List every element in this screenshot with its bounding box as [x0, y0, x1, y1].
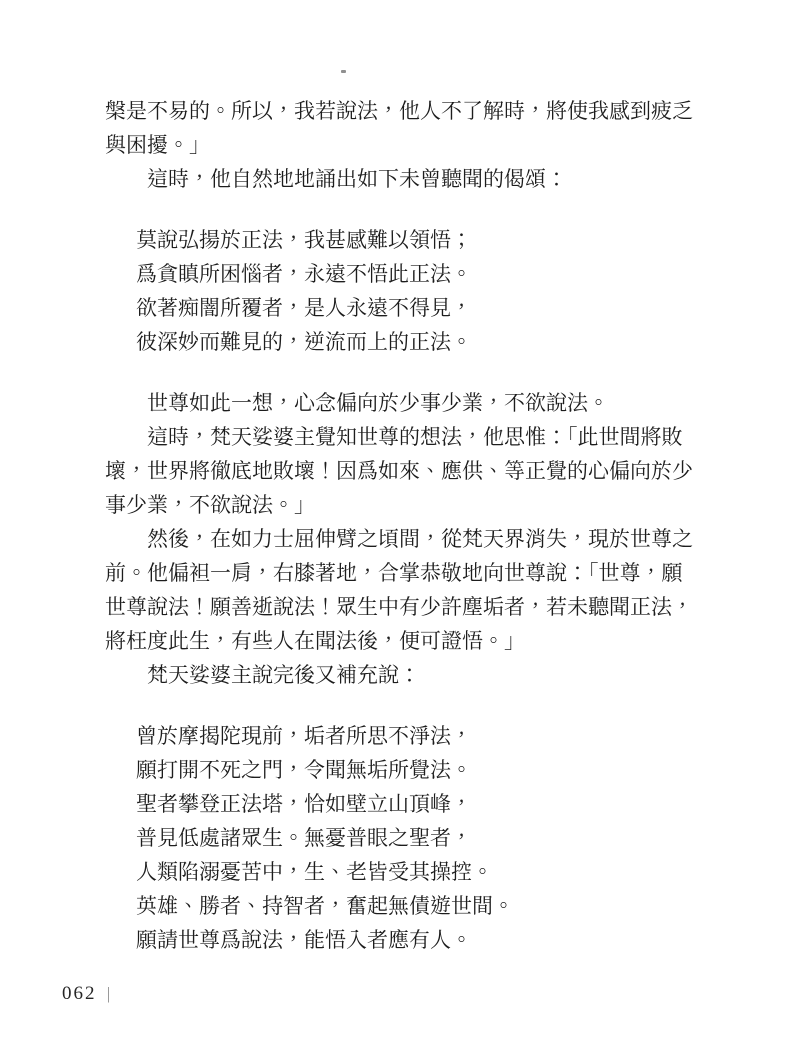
text-line: 世尊說法！願善逝說法！眾生中有少許塵垢者，若未聽聞正法，: [105, 590, 705, 624]
text-line: 然後，在如力士屈伸臂之頃間，從梵天界消失，現於世尊之: [105, 522, 705, 556]
text-line: 曾於摩揭陀現前，垢者所思不淨法，: [105, 719, 705, 753]
text-line: 爲貪瞋所困惱者，永遠不悟此正法。: [105, 257, 705, 291]
text-line: 世尊如此一想，心念偏向於少事少業，不欲說法。: [105, 386, 705, 420]
page-number: 062: [62, 983, 97, 1005]
text-line: 英雄、勝者、持智者，奮起無債遊世間。: [105, 889, 705, 923]
text-line: 事少業，不欲說法。」: [105, 488, 705, 522]
text-line: 前。他偏袒一肩，右膝著地，合掌恭敬地向世尊說：「世尊，願: [105, 556, 705, 590]
text-line: 聖者攀登正法塔，恰如壁立山頂峰，: [105, 787, 705, 821]
text-line: 願打開不死之門，令聞無垢所覺法。: [105, 753, 705, 787]
page-number-separator: |: [107, 984, 109, 1004]
page-footer: 062 |: [62, 982, 110, 1006]
text-line: 這時，梵天娑婆主覺知世尊的想法，他思惟：「此世間將敗: [105, 420, 705, 454]
text-line: 將枉度此生，有些人在聞法後，便可證悟。」: [105, 624, 705, 658]
text-line: 莫說弘揚於正法，我甚感難以領悟；: [105, 223, 705, 257]
text-line: 槃是不易的。所以，我若說法，他人不了解時，將使我感到疲乏: [105, 94, 705, 128]
text-line: 這時，他自然地地誦出如下未曾聽聞的偈頌：: [105, 162, 705, 196]
text-line: 願請世尊爲說法，能悟入者應有人。: [105, 923, 705, 957]
text-line: 壞，世界將徹底地敗壞！因爲如來、應供、等正覺的心偏向於少: [105, 454, 705, 488]
section-gap: [105, 196, 705, 223]
text-line: 與困擾。」: [105, 128, 705, 162]
section-gap: [105, 359, 705, 386]
text-line: 欲著痴闇所覆者，是人永遠不得見，: [105, 291, 705, 325]
section-gap: [105, 692, 705, 719]
scan-artifact-speck: [341, 70, 346, 73]
text-line: 梵天娑婆主說完後又補充說：: [105, 658, 705, 692]
text-line: 普見低處諸眾生。無憂普眼之聖者，: [105, 821, 705, 855]
text-line: 人類陷溺憂苦中，生、老皆受其操控。: [105, 855, 705, 889]
text-line: 彼深妙而難見的，逆流而上的正法。: [105, 325, 705, 359]
text-lines: 槃是不易的。所以，我若說法，他人不了解時，將使我感到疲乏與困擾。」這時，他自然地…: [105, 94, 705, 957]
book-page: 槃是不易的。所以，我若說法，他人不了解時，將使我感到疲乏與困擾。」這時，他自然地…: [0, 0, 792, 1056]
